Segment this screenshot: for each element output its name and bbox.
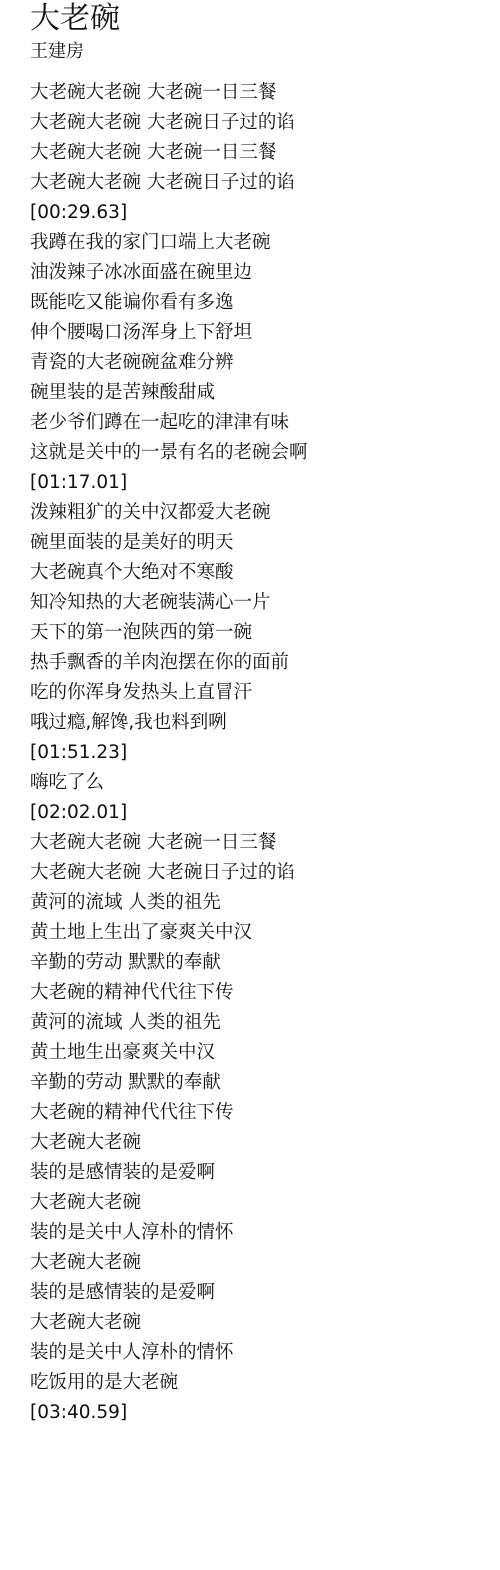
lyric-line: 大老碗大老碗 大老碗日子过的谄 (30, 858, 308, 888)
lyric-line: 大老碗大老碗 (30, 1308, 308, 1338)
lyric-line: 哦过瘾,解馋,我也料到咧 (30, 708, 308, 738)
lyric-line: 大老碗的精神代代往下传 (30, 1098, 308, 1128)
lyric-timestamp: [01:17.01] (30, 468, 308, 498)
lyric-line: 大老碗大老碗 大老碗日子过的谄 (30, 168, 308, 198)
lyric-timestamp: [00:29.63] (30, 198, 308, 228)
lyric-timestamp: [02:02.01] (30, 798, 308, 828)
lyric-line: 大老碗大老碗 大老碗日子过的谄 (30, 108, 308, 138)
lyric-line: 青瓷的大老碗碗盆难分辨 (30, 348, 308, 378)
song-title: 大老碗 (30, 0, 490, 38)
lyric-line: 老少爷们蹲在一起吃的津津有味 (30, 408, 308, 438)
lyric-line: 天下的第一泡陕西的第一碗 (30, 618, 308, 648)
lyric-line: 装的是关中人淳朴的情怀 (30, 1218, 308, 1248)
lyric-line: 嗨吃了么 (30, 768, 308, 798)
lyric-line: 知冷知热的大老碗装满心一片 (30, 588, 308, 618)
lyric-line: 碗里面装的是美好的明天 (30, 528, 308, 558)
lyric-timestamp: [01:51.23] (30, 738, 308, 768)
lyric-line: 这就是关中的一景有名的老碗会啊 (30, 438, 308, 468)
lyric-line: 大老碗大老碗 大老碗一日三餐 (30, 138, 308, 168)
lyric-line: 黄土地生出豪爽关中汉 (30, 1038, 308, 1068)
lyric-line: 大老碗大老碗 大老碗一日三餐 (30, 78, 308, 108)
lyric-timestamp: [03:40.59] (30, 1398, 308, 1428)
song-artist: 王建房 (30, 38, 490, 66)
lyric-line: 伸个腰喝口汤浑身上下舒坦 (30, 318, 308, 348)
lyric-line: 辛勤的劳动 默默的奉献 (30, 1068, 308, 1098)
lyric-line: 吃饭用的是大老碗 (30, 1368, 308, 1398)
lyrics-list: 大老碗大老碗 大老碗一日三餐大老碗大老碗 大老碗日子过的谄大老碗大老碗 大老碗一… (30, 78, 308, 1428)
lyric-line: 大老碗大老碗 (30, 1188, 308, 1218)
lyric-line: 油泼辣子冰冰面盛在碗里边 (30, 258, 308, 288)
lyric-line: 泼辣粗犷的关中汉都爱大老碗 (30, 498, 308, 528)
lyric-line: 热手飘香的羊肉泡摆在你的面前 (30, 648, 308, 678)
lyric-line: 黄河的流域 人类的祖先 (30, 1008, 308, 1038)
lyric-line: 大老碗大老碗 (30, 1248, 308, 1278)
lyric-line: 装的是关中人淳朴的情怀 (30, 1338, 308, 1368)
lyric-line: 大老碗的精神代代往下传 (30, 978, 308, 1008)
lyric-line: 装的是感情装的是爱啊 (30, 1278, 308, 1308)
lyric-line: 碗里装的是苦辣酸甜咸 (30, 378, 308, 408)
lyric-line: 我蹲在我的家门口端上大老碗 (30, 228, 308, 258)
lyric-line: 装的是感情装的是爱啊 (30, 1158, 308, 1188)
lyric-line: 大老碗大老碗 (30, 1128, 308, 1158)
lyric-line: 大老碗大老碗 大老碗一日三餐 (30, 828, 308, 858)
lyric-line: 吃的你浑身发热头上直冒汗 (30, 678, 308, 708)
lyrics-page: 大老碗 王建房 大老碗大老碗 大老碗一日三餐大老碗大老碗 大老碗日子过的谄大老碗… (30, 0, 490, 66)
lyric-line: 黄土地上生出了豪爽关中汉 (30, 918, 308, 948)
lyric-line: 辛勤的劳动 默默的奉献 (30, 948, 308, 978)
lyric-line: 黄河的流域 人类的祖先 (30, 888, 308, 918)
lyric-line: 大老碗真个大绝对不寒酸 (30, 558, 308, 588)
lyric-line: 既能吃又能谝你看有多逸 (30, 288, 308, 318)
